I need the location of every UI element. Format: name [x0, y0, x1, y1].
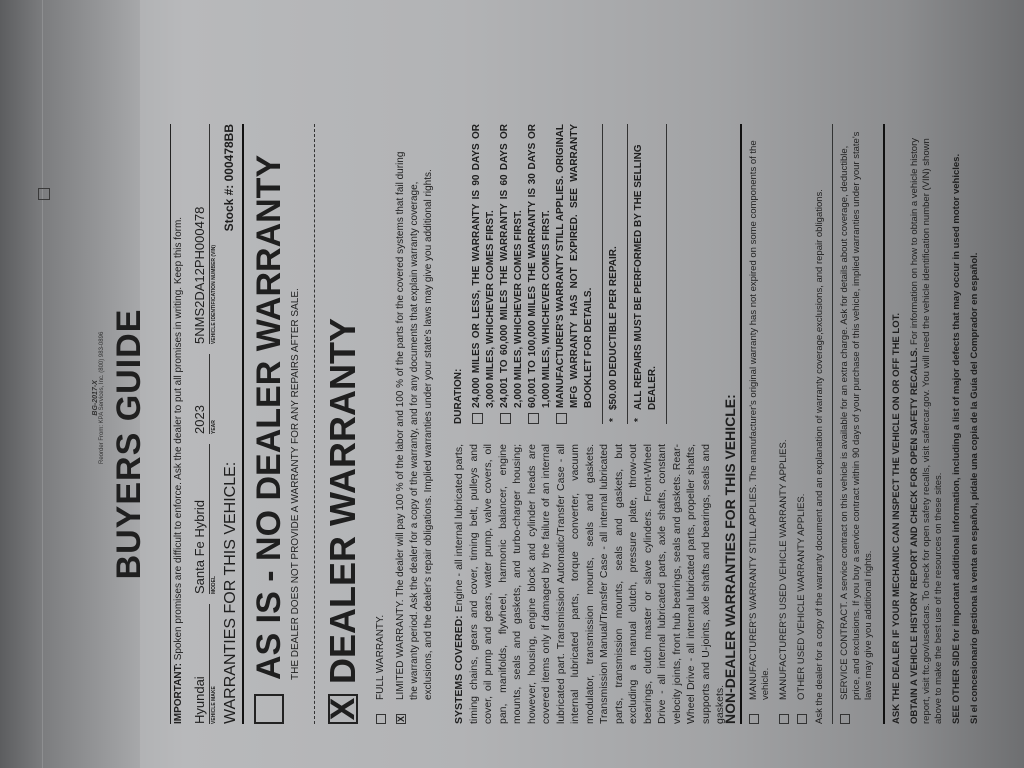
spanish-note: Si el concesionario gestiona la venta en…: [969, 253, 980, 724]
non-dealer-checkbox[interactable]: [797, 714, 807, 724]
limited-warranty-checkbox[interactable]: X: [396, 714, 406, 724]
duration-checkbox[interactable]: [500, 413, 511, 424]
limited-warranty-option: X LIMITED WARRANTY. The dealer will pay …: [394, 144, 436, 724]
non-dealer-checkbox[interactable]: [749, 714, 759, 724]
reorder-info: BG-2017-X Reorder From: KPA Services, In…: [92, 332, 106, 464]
reorder-text: Reorder From: KPA Services, Inc. (800) 9…: [99, 332, 106, 464]
vehicle-model: Santa Fe Hybrid MODEL: [192, 444, 217, 594]
vehicle-vin: 5NMS2DA12PH000478 VEHICLE IDENTIFICATION…: [192, 124, 217, 344]
as-is-checkbox[interactable]: [254, 694, 284, 724]
divider: [666, 124, 667, 424]
as-is-heading: AS IS - NO DEALER WARRANTY: [250, 155, 289, 680]
duration-option: 24,001 TO 60,000 MILES THE WARRANTY IS 6…: [498, 124, 526, 424]
history-heading: OBTAIN A VEHICLE HISTORY REPORT AND CHEC…: [909, 348, 920, 724]
divider: [627, 124, 628, 424]
duration-section: DURATION: 24,000 MILES OR LESS, THE WARR…: [452, 124, 671, 424]
ask-dealer-note: Ask the dealer for a copy of the warrant…: [814, 124, 826, 724]
duration-checkbox[interactable]: [556, 413, 567, 424]
repairs-note: *ALL REPAIRS MUST BE PERFORMED BY THE SE…: [632, 124, 660, 424]
important-label: IMPORTANT:: [173, 663, 184, 724]
footer-notes: ASK THE DEALER IF YOUR MECHANIC CAN INSP…: [883, 124, 981, 724]
deductible-note: *$50.00 DEDUCTIBLE PER REPAIR.: [607, 124, 621, 424]
non-dealer-option: MANUFACTURER'S USED VEHICLE WARRANTY APP…: [778, 124, 790, 724]
duration-option: 24,000 MILES OR LESS, THE WARRANTY IS 90…: [470, 124, 498, 424]
service-contract-checkbox[interactable]: [840, 714, 850, 724]
dealer-warranty-checkbox[interactable]: X: [328, 694, 358, 724]
systems-text: Engine - all internal lubricated parts, …: [453, 444, 726, 724]
other-side-heading: SEE OTHER SIDE: [951, 644, 962, 724]
vehicle-make: Hyundai VEHICLE MAKE: [192, 604, 217, 724]
dashed-divider: [314, 124, 315, 724]
non-dealer-option: OTHER USED VEHICLE WARRANTY APPLIES.: [796, 124, 808, 724]
warranties-heading: WARRANTIES FOR THIS VEHICLE:: [222, 124, 244, 724]
duration-checkbox[interactable]: [528, 413, 539, 424]
full-warranty-checkbox[interactable]: [376, 714, 386, 724]
other-side-text: for important additional information, in…: [951, 154, 962, 642]
vehicle-info: Hyundai VEHICLE MAKE Santa Fe Hybrid MOD…: [192, 124, 224, 724]
mechanic-note: ASK THE DEALER IF YOUR MECHANIC CAN INSP…: [891, 313, 902, 724]
duration-label: DURATION:: [452, 124, 466, 424]
important-text: Spoken promises are difficult to enforce…: [173, 217, 184, 660]
systems-label: SYSTEMS COVERED:: [453, 615, 465, 724]
full-warranty-option: FULL WARRANTY.: [374, 144, 388, 724]
non-dealer-checkbox[interactable]: [779, 714, 789, 724]
as-is-subtext: THE DEALER DOES NOT PROVIDE A WARRANTY F…: [290, 288, 301, 680]
form-code: BG-2017-X: [92, 332, 99, 464]
divider: [602, 124, 603, 424]
coverage-columns: SYSTEMS COVERED: Engine - all internal l…: [452, 124, 712, 724]
page-title: BUYERS GUIDE: [110, 124, 149, 764]
non-dealer-option: MANUFACTURER'S WARRANTY STILL APPLIES. T…: [748, 124, 772, 724]
systems-covered: SYSTEMS COVERED: Engine - all internal l…: [452, 444, 728, 724]
non-dealer-section: NON-DEALER WARRANTIES FOR THIS VEHICLE: …: [722, 124, 987, 724]
non-dealer-heading: NON-DEALER WARRANTIES FOR THIS VEHICLE:: [722, 124, 742, 724]
dealer-warranty-heading: DEALER WARRANTY: [322, 318, 364, 684]
duration-checkbox[interactable]: [472, 413, 483, 424]
important-notice: IMPORTANT: Spoken promises are difficult…: [170, 124, 184, 724]
duration-option: 60,001 TO 100,000 MILES THE WARRANTY IS …: [526, 124, 554, 424]
corner-checkbox: [38, 188, 50, 200]
duration-option: MANUFACTURER'S WARRANTY STILL APPLIES. O…: [554, 124, 596, 424]
service-contract-option: SERVICE CONTRACT. A service contract on …: [832, 124, 875, 724]
vehicle-year: 2023 YEAR: [192, 354, 217, 434]
page-edge-line: [42, 0, 43, 768]
buyers-guide-document: BG-2017-X Reorder From: KPA Services, In…: [82, 124, 902, 764]
